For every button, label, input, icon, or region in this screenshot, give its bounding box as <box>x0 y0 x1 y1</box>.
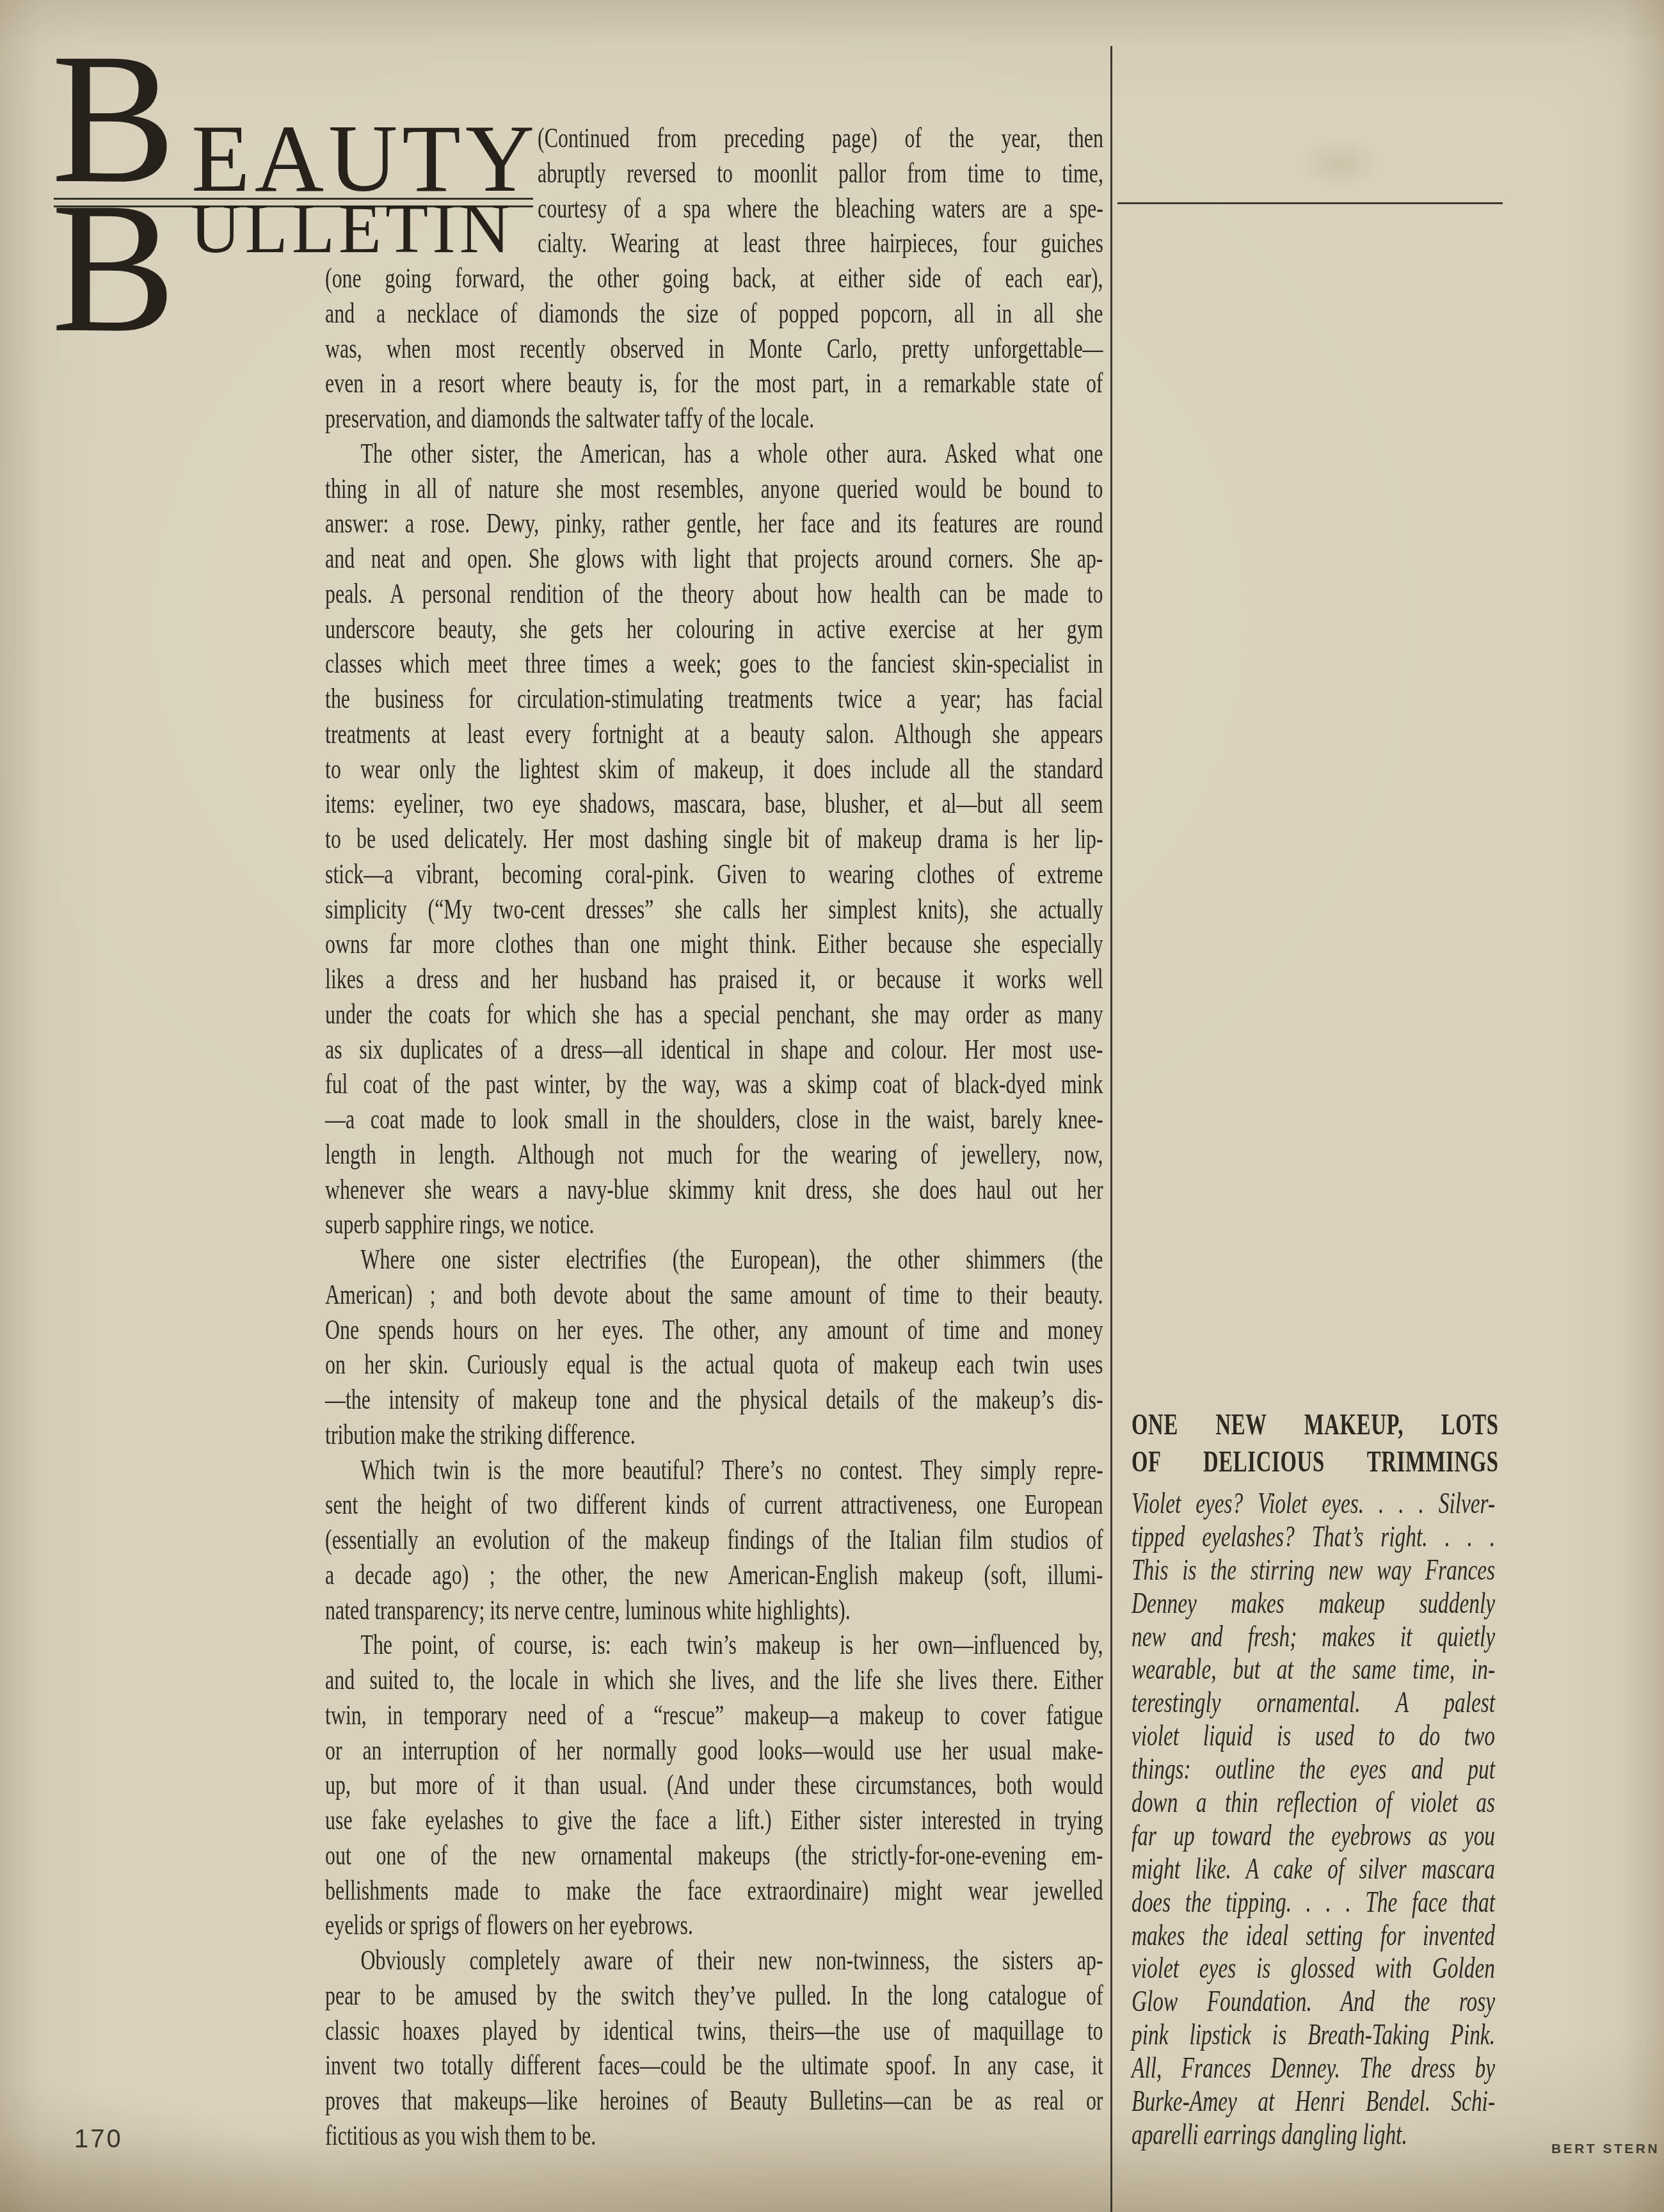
article-text-line: or an interruption of her normally good … <box>325 1733 1103 1768</box>
article-text-line: proves that makeups—like heroines of Bea… <box>325 2083 1103 2118</box>
sidebar-text-line: might like. A cake of silver mascara <box>1132 1853 1495 1886</box>
sidebar-text-line: things: outline the eyes and put <box>1132 1753 1495 1786</box>
sidebar-text-line: makes the ideal setting for invented <box>1132 1919 1495 1953</box>
sidebar-text-line: Glow Foundation. And the rosy <box>1132 1985 1495 2019</box>
sidebar-text-line: down a thin reflection of violet as <box>1132 1786 1495 1820</box>
article-text-line: stick—a vibrant, becoming coral-pink. Gi… <box>325 856 1103 892</box>
sidebar-text-line: does the tipping. . . . The face that <box>1132 1886 1495 1919</box>
article-text-line: preservation, and diamonds the saltwater… <box>325 401 1103 436</box>
masthead-word-bulletin: ULLETIN <box>190 193 514 264</box>
sidebar-heading: ONE NEW MAKEUP, LOTS OF DELICIOUS TRIMMI… <box>1132 1406 1649 1480</box>
article-text-line: a decade ago) ; the other, the new Ameri… <box>325 1557 1103 1592</box>
article-text-line: thing in all of nature she most resemble… <box>325 471 1103 506</box>
sidebar-text-line: new and fresh; makes it quietly <box>1132 1621 1495 1654</box>
article-text-line: (essentially an evolution of the makeup … <box>325 1522 1103 1557</box>
article-text-line: fictitious as you wish them to be. <box>325 2118 1103 2153</box>
sidebar-heading-line-1: ONE NEW MAKEUP, LOTS <box>1132 1406 1499 1443</box>
article-text-line: The other sister, the American, has a wh… <box>325 436 1103 471</box>
article-text-line: classes which meet three times a week; g… <box>325 646 1103 681</box>
article-text-line: American) ; and both devote about the sa… <box>325 1277 1103 1312</box>
article-text-line: owns far more clothes than one might thi… <box>325 926 1103 961</box>
article-text-line: twin, in temporary need of a “rescue” ma… <box>325 1697 1103 1733</box>
article-text-line: eyelids or sprigs of flowers on her eyeb… <box>325 1907 1103 1943</box>
article-text-line: out one of the new ornamental makeups (t… <box>325 1838 1103 1873</box>
article-text-line: the business for circulation-stimulating… <box>325 681 1103 716</box>
article-text-line: on her skin. Curiously equal is the actu… <box>325 1347 1103 1382</box>
article-text-line: use fake eyelashes to give the face a li… <box>325 1802 1103 1838</box>
masthead-drop-cap-bulletin: B <box>51 175 176 362</box>
sidebar-text-line: pink lipstick is Breath-Taking Pink. <box>1132 2019 1495 2052</box>
article-text-line: treatments at least every fortnight at a… <box>325 716 1103 751</box>
page-number: 170 <box>74 2125 123 2154</box>
article-text-line: classic hoaxes played by identical twins… <box>325 2013 1103 2048</box>
article-text-line: length in length. Although not much for … <box>325 1137 1103 1172</box>
sidebar-text-line: aparelli earrings dangling light. <box>1132 2119 1495 2152</box>
article-text-line: peals. A personal rendition of the theor… <box>325 576 1103 611</box>
article-text-line: to be used delicately. Her most dashing … <box>325 821 1103 856</box>
article-text-line: invent two totally different faces—could… <box>325 2048 1103 2083</box>
photo-credit: BERT STERN <box>1551 2142 1660 2157</box>
sidebar-text-line: This is the stirring new way Frances <box>1132 1554 1495 1587</box>
magazine-page: B EAUTY B ULLETIN (Continued from preced… <box>0 0 1664 2212</box>
sidebar-heading-line-2: OF DELICIOUS TRIMMINGS <box>1132 1443 1499 1480</box>
article-text-line: —a coat made to look small in the should… <box>325 1102 1103 1137</box>
article-text-line: tribution make the striking difference. <box>325 1417 1103 1452</box>
article-text-line: Obviously completely aware of their new … <box>325 1943 1103 1978</box>
article-text-line: ful coat of the past winter, by the way,… <box>325 1066 1103 1102</box>
article-text-line: answer: a rose. Dewy, pinky, rather gent… <box>325 506 1103 541</box>
article-text-line: as six duplicates of a dress—all identic… <box>325 1032 1103 1067</box>
article-text-line: bellishments made to make the face extra… <box>325 1873 1103 1908</box>
article-text-line: Where one sister electrifies (the Europe… <box>325 1242 1103 1277</box>
article-text-line: —the intensity of makeup tone and the ph… <box>325 1382 1103 1417</box>
article-text-line: superb sapphire rings, we notice. <box>325 1206 1103 1242</box>
sidebar-text-line: far up toward the eyebrows as you <box>1132 1820 1495 1853</box>
sidebar-column: Violet eyes? Violet eyes. . . . Silver-t… <box>1132 1487 1644 2152</box>
article-text-line: Which twin is the more beautiful? There’… <box>325 1452 1103 1487</box>
article-text-line: nated transparency; its nerve centre, lu… <box>325 1592 1103 1628</box>
article-text-line: and a necklace of diamonds the size of p… <box>325 296 1103 331</box>
article-text-line: courtesy of a spa where the bleaching wa… <box>538 191 1103 226</box>
article-text-line: and suited to, the locale in which she l… <box>325 1662 1103 1697</box>
article-text-line: One spends hours on her eyes. The other,… <box>325 1312 1103 1347</box>
sidebar-text-line: Burke-Amey at Henri Bendel. Schi- <box>1132 2085 1495 2119</box>
article-text-line: cialty. Wearing at least three hairpiece… <box>538 225 1103 260</box>
article-text-line: simplicity (“My two-cent dresses” she ca… <box>325 892 1103 927</box>
sidebar-text-line: wearable, but at the same time, in- <box>1132 1653 1495 1687</box>
sidebar-text-line: violet liquid is used to do two <box>1132 1720 1495 1753</box>
article-text-line: pear to be amused by the switch they’ve … <box>325 1978 1103 2013</box>
sidebar-text-line: Denney makes makeup suddenly <box>1132 1587 1495 1621</box>
article-text-line: up, but more of it than usual. (And unde… <box>325 1767 1103 1802</box>
article-text-line: sent the height of two different kinds o… <box>325 1487 1103 1522</box>
article-text-line: to wear only the lightest skim of makeup… <box>325 751 1103 787</box>
sidebar-text-line: violet eyes is glossed with Golden <box>1132 1952 1495 1985</box>
article-text-line: underscore beauty, she gets her colourin… <box>325 611 1103 646</box>
article-text-line: abruptly reversed to moonlit pallor from… <box>538 156 1103 191</box>
sidebar-text-line: tipped eyelashes? That’s right. . . . <box>1132 1521 1495 1554</box>
sidebar-text-line: All, Frances Denney. The dress by <box>1132 2052 1495 2085</box>
article-text-line: (Continued from preceding page) of the y… <box>538 120 1103 156</box>
article-text-line: whenever she wears a navy-blue skimmy kn… <box>325 1172 1103 1207</box>
sidebar-text-line: terestingly ornamental. A palest <box>1132 1687 1495 1720</box>
article-text-line: items: eyeliner, two eye shadows, mascar… <box>325 786 1103 821</box>
article-text-line: under the coats for which she has a spec… <box>325 997 1103 1032</box>
article-text-line: even in a resort where beauty is, for th… <box>325 365 1103 401</box>
article-text-line: likes a dress and her husband has praise… <box>325 961 1103 997</box>
article-text-line: (one going forward, the other going back… <box>325 260 1103 296</box>
article-text-line: The point, of course, is: each twin’s ma… <box>325 1627 1103 1662</box>
sidebar-text-line: Violet eyes? Violet eyes. . . . Silver- <box>1132 1487 1495 1521</box>
article-text-line: and neat and open. She glows with light … <box>325 541 1103 576</box>
article-intro-column: (Continued from preceding page) of the y… <box>538 120 1334 260</box>
article-text-line: was, when most recently observed in Mont… <box>325 331 1103 366</box>
